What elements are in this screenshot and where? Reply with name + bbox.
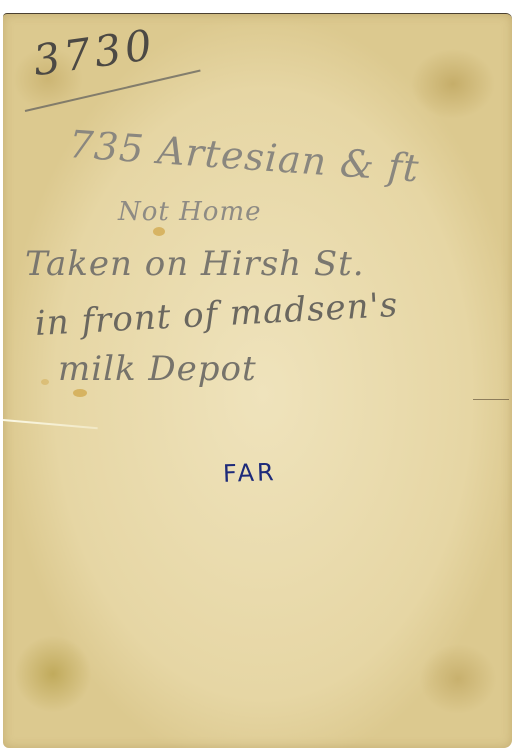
location-note-line-2: in front of madsen's [34,285,399,344]
stain-spot [153,227,165,236]
stain-spot [73,389,87,397]
photo-card-back: 3730 735 Artesian & ft Not Home Taken on… [3,13,512,748]
stain-spot [41,379,49,385]
ink-note-far: FAR [223,458,278,488]
address-note: 735 Artesian & ft [67,122,420,190]
crease-left [3,419,98,429]
location-note-line-1: Taken on Hirsh St. [25,244,365,284]
location-note-line-3: milk Depot [58,349,257,389]
not-home-note: Not Home [118,197,261,227]
catalog-number: 3730 [30,20,159,86]
crease-right [473,399,509,400]
